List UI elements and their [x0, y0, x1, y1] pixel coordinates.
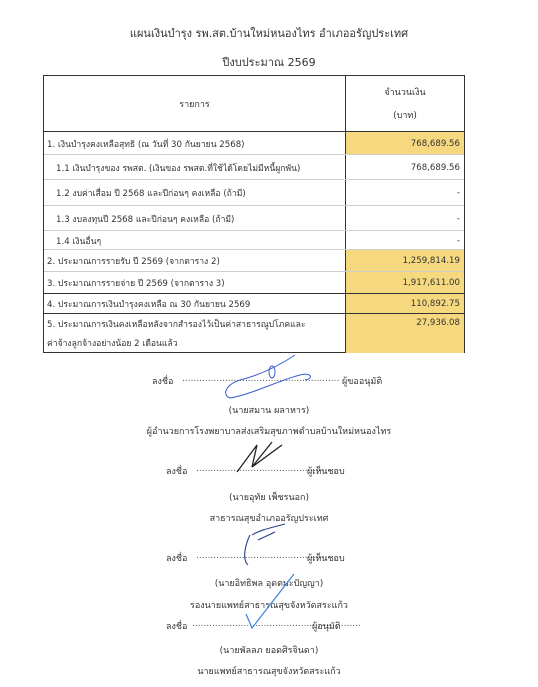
row-amount: 768,689.56 — [346, 155, 464, 180]
document-subtitle: ปีงบประมาณ 2569 — [0, 53, 538, 71]
row-label-line2: ค่าจ้างลูกจ้างอย่างน้อย 2 เดือนแล้ว — [47, 336, 178, 350]
row-label: 1.4 เงินอื่นๆ — [44, 231, 346, 250]
sign-role: ผู้เห็นชอบ — [307, 464, 345, 478]
sign-prefix: ลงชื่อ — [166, 464, 187, 478]
document-title: แผนเงินบำรุง รพ.สต.บ้านใหม่หนองไทร อำเภอ… — [0, 24, 538, 42]
signer-name-1: (นายสมาน ผลาหาร) — [0, 403, 538, 417]
signature-scribble-icon — [220, 350, 340, 400]
row-label: 1.3 งบลงทุนปี 2568 และปีก่อนๆ คงเหลือ (ถ… — [44, 206, 346, 231]
row-amount: 1,917,611.00 — [346, 272, 464, 294]
signature-checkmark-icon — [244, 572, 304, 632]
table-row: 1.3 งบลงทุนปี 2568 และปีก่อนๆ คงเหลือ (ถ… — [44, 205, 464, 231]
table-row: 5. ประมาณการเงินคงเหลือหลังจากสำรองไว้เป… — [44, 313, 464, 353]
row-label: 1.2 งบค่าเสื่อม ปี 2568 และปีก่อนๆ คงเหล… — [44, 180, 346, 206]
signature-scribble-icon — [240, 520, 300, 570]
signer-name-4: (นายพัลลภ ยอดศิรจินดา) — [0, 643, 538, 657]
row-amount: 768,689.56 — [346, 132, 464, 155]
signer-name-2: (นายอุทัย เพ็ชรนอก) — [0, 490, 538, 504]
row-amount: 1,259,814.19 — [346, 250, 464, 272]
table-row: 1.2 งบค่าเสื่อม ปี 2568 และปีก่อนๆ คงเหล… — [44, 179, 464, 206]
table-row: 1.4 เงินอื่นๆ - — [44, 230, 464, 250]
sign-prefix: ลงชื่อ — [152, 374, 173, 388]
table-row: 2. ประมาณการรายรับ ปี 2569 (จากตาราง 2) … — [44, 249, 464, 272]
signer-position-1: ผู้อำนวยการโรงพยาบาลส่งเสริมสุขภาพตำบลบ้… — [0, 424, 538, 438]
sign-prefix: ลงชื่อ — [166, 551, 187, 565]
row-amount: 110,892.75 — [346, 294, 464, 314]
sign-role: ผู้เห็นชอบ — [307, 551, 345, 565]
header-item: รายการ — [44, 76, 346, 131]
row-amount: - — [346, 180, 464, 206]
row-label: 3. ประมาณการรายจ่าย ปี 2569 (จากตาราง 3) — [44, 272, 346, 294]
row-amount: - — [346, 231, 464, 250]
row-amount: 27,936.08 — [346, 314, 464, 353]
table-header: รายการ จำนวนเงิน (บาท) — [44, 76, 464, 131]
row-label: 4. ประมาณการเงินบำรุงคงเหลือ ณ 30 กันยาย… — [44, 294, 346, 314]
table-row: 4. ประมาณการเงินบำรุงคงเหลือ ณ 30 กันยาย… — [44, 293, 464, 314]
row-amount: - — [346, 206, 464, 231]
row-label-line1: 5. ประมาณการเงินคงเหลือหลังจากสำรองไว้เป… — [47, 317, 306, 331]
row-label: 1.1 เงินบำรุงของ รพสต. (เงินของ รพสต.ที่… — [44, 155, 346, 180]
header-unit-label: (บาท) — [393, 108, 417, 122]
row-label: 1. เงินบำรุงคงเหลือสุทธิ (ณ วันที่ 30 กั… — [44, 132, 346, 155]
budget-table: รายการ จำนวนเงิน (บาท) 1. เงินบำรุงคงเหล… — [43, 75, 465, 353]
row-label: 5. ประมาณการเงินคงเหลือหลังจากสำรองไว้เป… — [44, 314, 346, 353]
table-row: 3. ประมาณการรายจ่าย ปี 2569 (จากตาราง 3)… — [44, 271, 464, 294]
row-label: 2. ประมาณการรายรับ ปี 2569 (จากตาราง 2) — [44, 250, 346, 272]
header-amount-label: จำนวนเงิน — [384, 85, 425, 99]
table-row: 1.1 เงินบำรุงของ รพสต. (เงินของ รพสต.ที่… — [44, 154, 464, 180]
signer-position-4: นายแพทย์สาธารณสุขจังหวัดสระแก้ว — [0, 664, 538, 678]
table-row: 1. เงินบำรุงคงเหลือสุทธิ (ณ วันที่ 30 กั… — [44, 131, 464, 155]
sign-role: ผู้ขออนุมัติ — [342, 374, 382, 388]
signature-scribble-icon — [232, 437, 292, 477]
sign-prefix: ลงชื่อ — [166, 619, 187, 633]
header-amount: จำนวนเงิน (บาท) — [346, 76, 464, 131]
sign-role: ผู้อนุมัติ — [312, 619, 341, 633]
